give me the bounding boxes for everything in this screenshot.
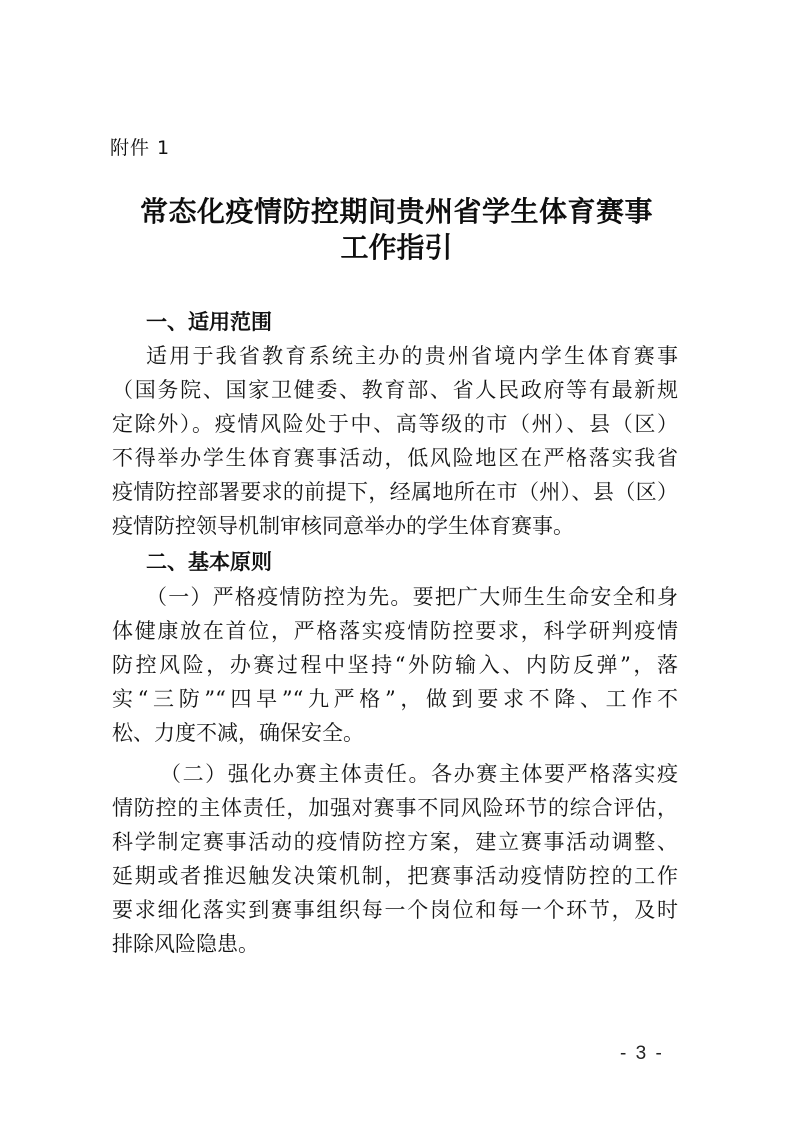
- paragraph-line: 科学制定赛事活动的疫情防控方案，建立赛事活动调整、: [112, 827, 678, 857]
- paragraph-line: 适用于我省教育系统主办的贵州省境内学生体育赛事: [146, 341, 678, 371]
- paragraph-line: （二）强化办赛主体责任。各办赛主体要严格落实疫: [160, 759, 678, 789]
- page-number: - 3 -: [620, 1043, 664, 1065]
- paragraph-line: 松、力度不减，确保安全。: [112, 718, 678, 748]
- document-page: 附件 1 常态化疫情防控期间贵州省学生体育赛事 工作指引 一、适用范围 适用于我…: [0, 0, 793, 1124]
- paragraph-line: 疫情防控领导机制审核同意举办的学生体育赛事。: [112, 511, 678, 541]
- paragraph-line: 疫情防控部署要求的前提下，经属地所在市（州）、县（区）: [112, 477, 678, 507]
- paragraph-line: 防控风险，办赛过程中坚持“外防输入、内防反弹”，落: [112, 650, 678, 680]
- paragraph-line: （一）严格疫情防控为先。要把广大师生生命安全和身: [146, 582, 678, 612]
- paragraph-line: 要求细化落实到赛事组织每一个岗位和每一个环节，及时: [112, 895, 678, 925]
- paragraph-line: 情防控的主体责任，加强对赛事不同风险环节的综合评估，: [112, 793, 678, 823]
- section-heading-scope: 一、适用范围: [146, 307, 272, 337]
- document-title-line-1: 常态化疫情防控期间贵州省学生体育赛事: [0, 193, 793, 231]
- attachment-label: 附件 1: [110, 133, 170, 160]
- paragraph-line: 体健康放在首位，严格落实疫情防控要求，科学研判疫情: [112, 616, 678, 646]
- section-heading-principles: 二、基本原则: [146, 547, 272, 577]
- paragraph-line: 延期或者推迟触发决策机制，把赛事活动疫情防控的工作: [112, 861, 678, 891]
- paragraph-line: 实“三防”“四早”“九严格”，做到要求不降、工作不: [112, 684, 678, 714]
- paragraph-line: 定除外）。疫情风险处于中、高等级的市（州）、县（区）: [112, 409, 678, 439]
- document-title-line-2: 工作指引: [0, 229, 793, 267]
- paragraph-line: （国务院、国家卫健委、教育部、省人民政府等有最新规: [112, 375, 678, 405]
- paragraph-line: 排除风险隐患。: [112, 929, 678, 959]
- paragraph-line: 不得举办学生体育赛事活动，低风险地区在严格落实我省: [112, 443, 678, 473]
